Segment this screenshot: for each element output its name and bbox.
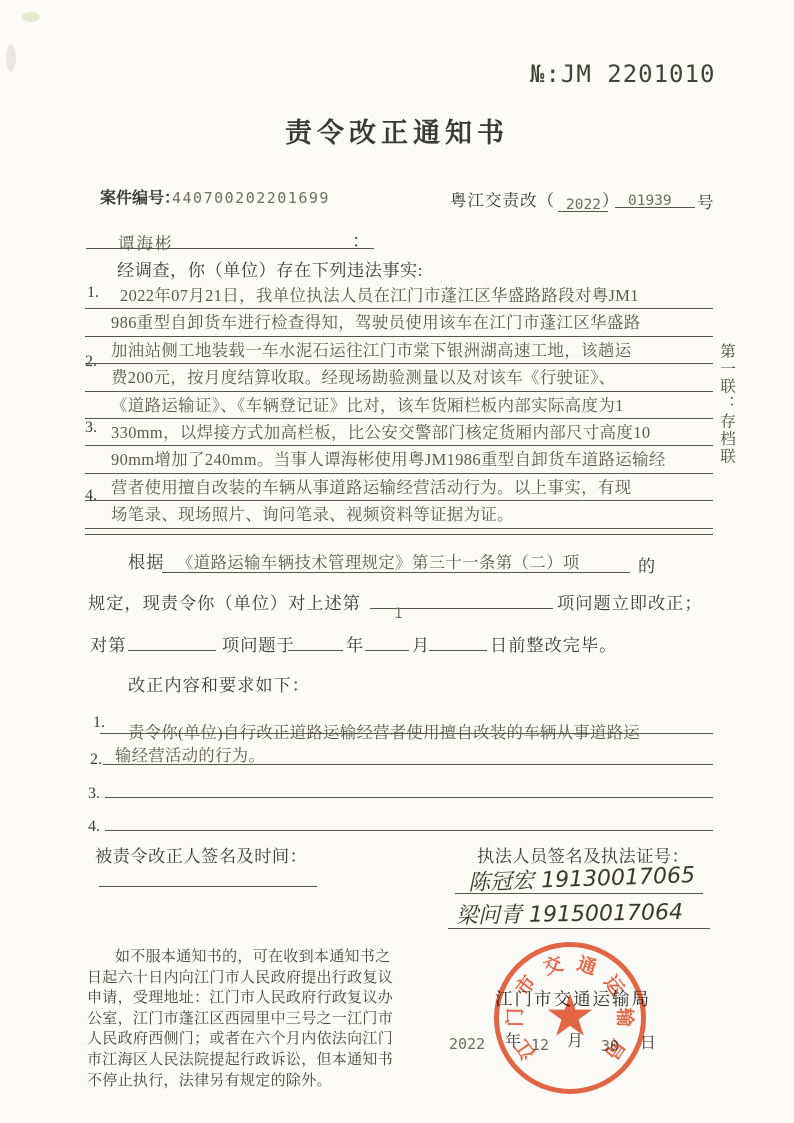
- addressee-colon: ：: [352, 227, 370, 253]
- corrected-party-signature-line: [99, 886, 317, 887]
- officer-signature-2: 梁问青 19150017064: [456, 895, 683, 930]
- basis-regulation: 《道路运输车辆技术管理规定》第三十一条第（二）项: [177, 549, 580, 573]
- seal-ring: [494, 942, 646, 1094]
- basis-prefix: 根据: [128, 548, 164, 573]
- order-sentence-start: 规定，现责令你（单位）对上述第: [88, 589, 361, 614]
- fact-line: 330mm，以焊接方式加高栏板，比公安交警部门核定货厢内部尺寸高度10: [85, 419, 713, 446]
- order-item-number: 1: [394, 606, 402, 622]
- issue-date-year: 2022: [449, 1035, 485, 1053]
- intro-sentence: 经调查，你（单位）存在下列违法事实:: [117, 256, 423, 281]
- reference-serial: 01939: [628, 193, 672, 209]
- case-number-label: 案件编号：: [100, 185, 180, 208]
- officer-name: 陈冠宏: [468, 869, 535, 896]
- officer-id: 19150017064: [529, 900, 683, 928]
- officer-signature-1: 陈冠宏 19130017065: [468, 858, 696, 897]
- fact-line: 《道路运输证》、《车辆登记证》比对，该车货厢栏板内部实际高度为1: [85, 392, 713, 419]
- order-sentence-end: 项问题立即改正；: [557, 589, 703, 614]
- addressee-name: 谭海彬: [118, 230, 174, 254]
- fact-line: 2022年07月21日，我单位执法人员在江门市蓬江区华盛路路段对粤JM1: [85, 282, 713, 309]
- fact-item-number: 3.: [85, 419, 97, 437]
- officer-signature-line-1: [455, 893, 703, 894]
- case-number-value: 440700202201699: [172, 189, 330, 207]
- fact-line: 986重型自卸货车进行检查得知，驾驶员使用该车在江门市蓬江区华盛路: [85, 309, 713, 336]
- reference-suffix: 号: [697, 189, 714, 213]
- fact-line: 费200元，按月度结算收取。经现场勘验测量以及对该车《行驶证》、: [85, 364, 713, 391]
- issue-date-month-label: 月: [567, 1028, 583, 1051]
- issue-date-day: 30: [601, 1037, 619, 1055]
- deadline-sentence-mid: 项问题于: [222, 631, 295, 656]
- appeal-line: 如不服本通知书的，可在收到本通知书之: [87, 947, 471, 968]
- deadline-item-blank-line: [128, 650, 216, 651]
- correction-blank-line-2: [103, 764, 713, 765]
- appeal-line: 日起六十日内向江门市人民政府提出行政复议: [87, 968, 443, 989]
- deadline-sentence-end: 日前整改完毕。: [490, 631, 617, 656]
- deadline-month-blank-line: [365, 650, 409, 651]
- facts-closing-line: [85, 534, 713, 535]
- appeal-line: 不停止执行，法律另有规定的除外。: [87, 1071, 443, 1092]
- correction-item-number: 4.: [88, 818, 100, 836]
- deadline-month-label: 月: [412, 631, 429, 656]
- officer-name: 梁问青: [456, 903, 522, 929]
- official-red-seal: ★ 江门市交通运输局: [494, 942, 646, 1094]
- appeal-line: 人民政府西侧门；或者在六个月内依法向江门: [87, 1029, 443, 1050]
- appeal-notice-paragraph: 如不服本通知书的，可在收到本通知书之 日起六十日内向江门市人民政府提出行政复议 …: [87, 947, 471, 1091]
- deadline-day-blank-line: [429, 650, 487, 651]
- document-serial-number: №:JM 2201010: [530, 60, 715, 88]
- correction-blank-line-3: [105, 797, 713, 798]
- copy-designation-label: 第一联：存档联: [715, 343, 737, 466]
- correction-blank-line-4: [105, 830, 713, 831]
- issuing-authority: 江门市交通运输局: [495, 986, 651, 1011]
- scan-smudge: [6, 44, 16, 72]
- seal-text-char: 通: [574, 949, 600, 981]
- officer-signature-line-2: [448, 928, 710, 929]
- officer-id: 19130017065: [541, 863, 696, 893]
- fact-item-number: 4.: [85, 487, 97, 505]
- seal-text-char: 交: [540, 949, 566, 981]
- appeal-line: 市江海区人民法院提起行政诉讼，但本通知书: [87, 1050, 443, 1071]
- correction-text-line: 输经营活动的行为。: [115, 742, 265, 766]
- appeal-line: 公室，江门市蓬江区西园里中三号之一江门市: [87, 1009, 443, 1030]
- basis-suffix: 的: [638, 552, 655, 577]
- correction-item-number: 2.: [90, 751, 102, 769]
- reference-year-blank-line: [558, 211, 608, 212]
- deadline-year-blank-line: [288, 650, 343, 651]
- correction-item-number: 1.: [93, 714, 105, 732]
- fact-item-number: 1.: [87, 284, 99, 302]
- correction-item-number: 3.: [88, 785, 100, 803]
- fact-line: 营者使用擅自改装的车辆从事道路运输经营活动行为。以上事实，有现: [85, 474, 713, 501]
- scanned-notice-document: №:JM 2201010 责令改正通知书 案件编号： 4407002022016…: [0, 0, 794, 1123]
- correction-header: 改正内容和要求如下：: [128, 671, 310, 696]
- reference-prefix: 粤江交责改（: [450, 187, 555, 211]
- scan-smudge: [22, 12, 40, 22]
- issue-date-month: 12: [531, 1036, 549, 1054]
- facts-section: 2022年07月21日，我单位执法人员在江门市蓬江区华盛路路段对粤JM1 986…: [85, 282, 713, 529]
- deadline-sentence-start: 对第: [90, 631, 126, 656]
- deadline-year-label: 年: [346, 631, 363, 656]
- issue-date-year-label: 年: [505, 1028, 521, 1051]
- fact-line: 场笔录、现场照片、询问笔录、视频资料等证据为证。: [85, 501, 713, 528]
- correction-text-line: 责令你(单位)自行改正道路运输经营者使用擅自改装的车辆从事道路运: [128, 719, 640, 743]
- fact-line: 加油站侧工地装载一车水泥石运往江门市棠下银洲湖高速工地，该趟运: [85, 337, 713, 364]
- fact-line: 90mm增加了240mm。当事人谭海彬使用粤JM1986重型自卸货车道路运输经: [85, 446, 713, 473]
- document-title: 责令改正通知书: [0, 111, 794, 150]
- corrected-party-signature-label: 被责令改正人签名及时间：: [95, 842, 307, 867]
- fact-item-number: 2.: [85, 353, 97, 371]
- issue-date-day-label: 日: [640, 1030, 656, 1053]
- appeal-line: 申请，受理地址：江门市人民政府行政复议办: [87, 988, 443, 1009]
